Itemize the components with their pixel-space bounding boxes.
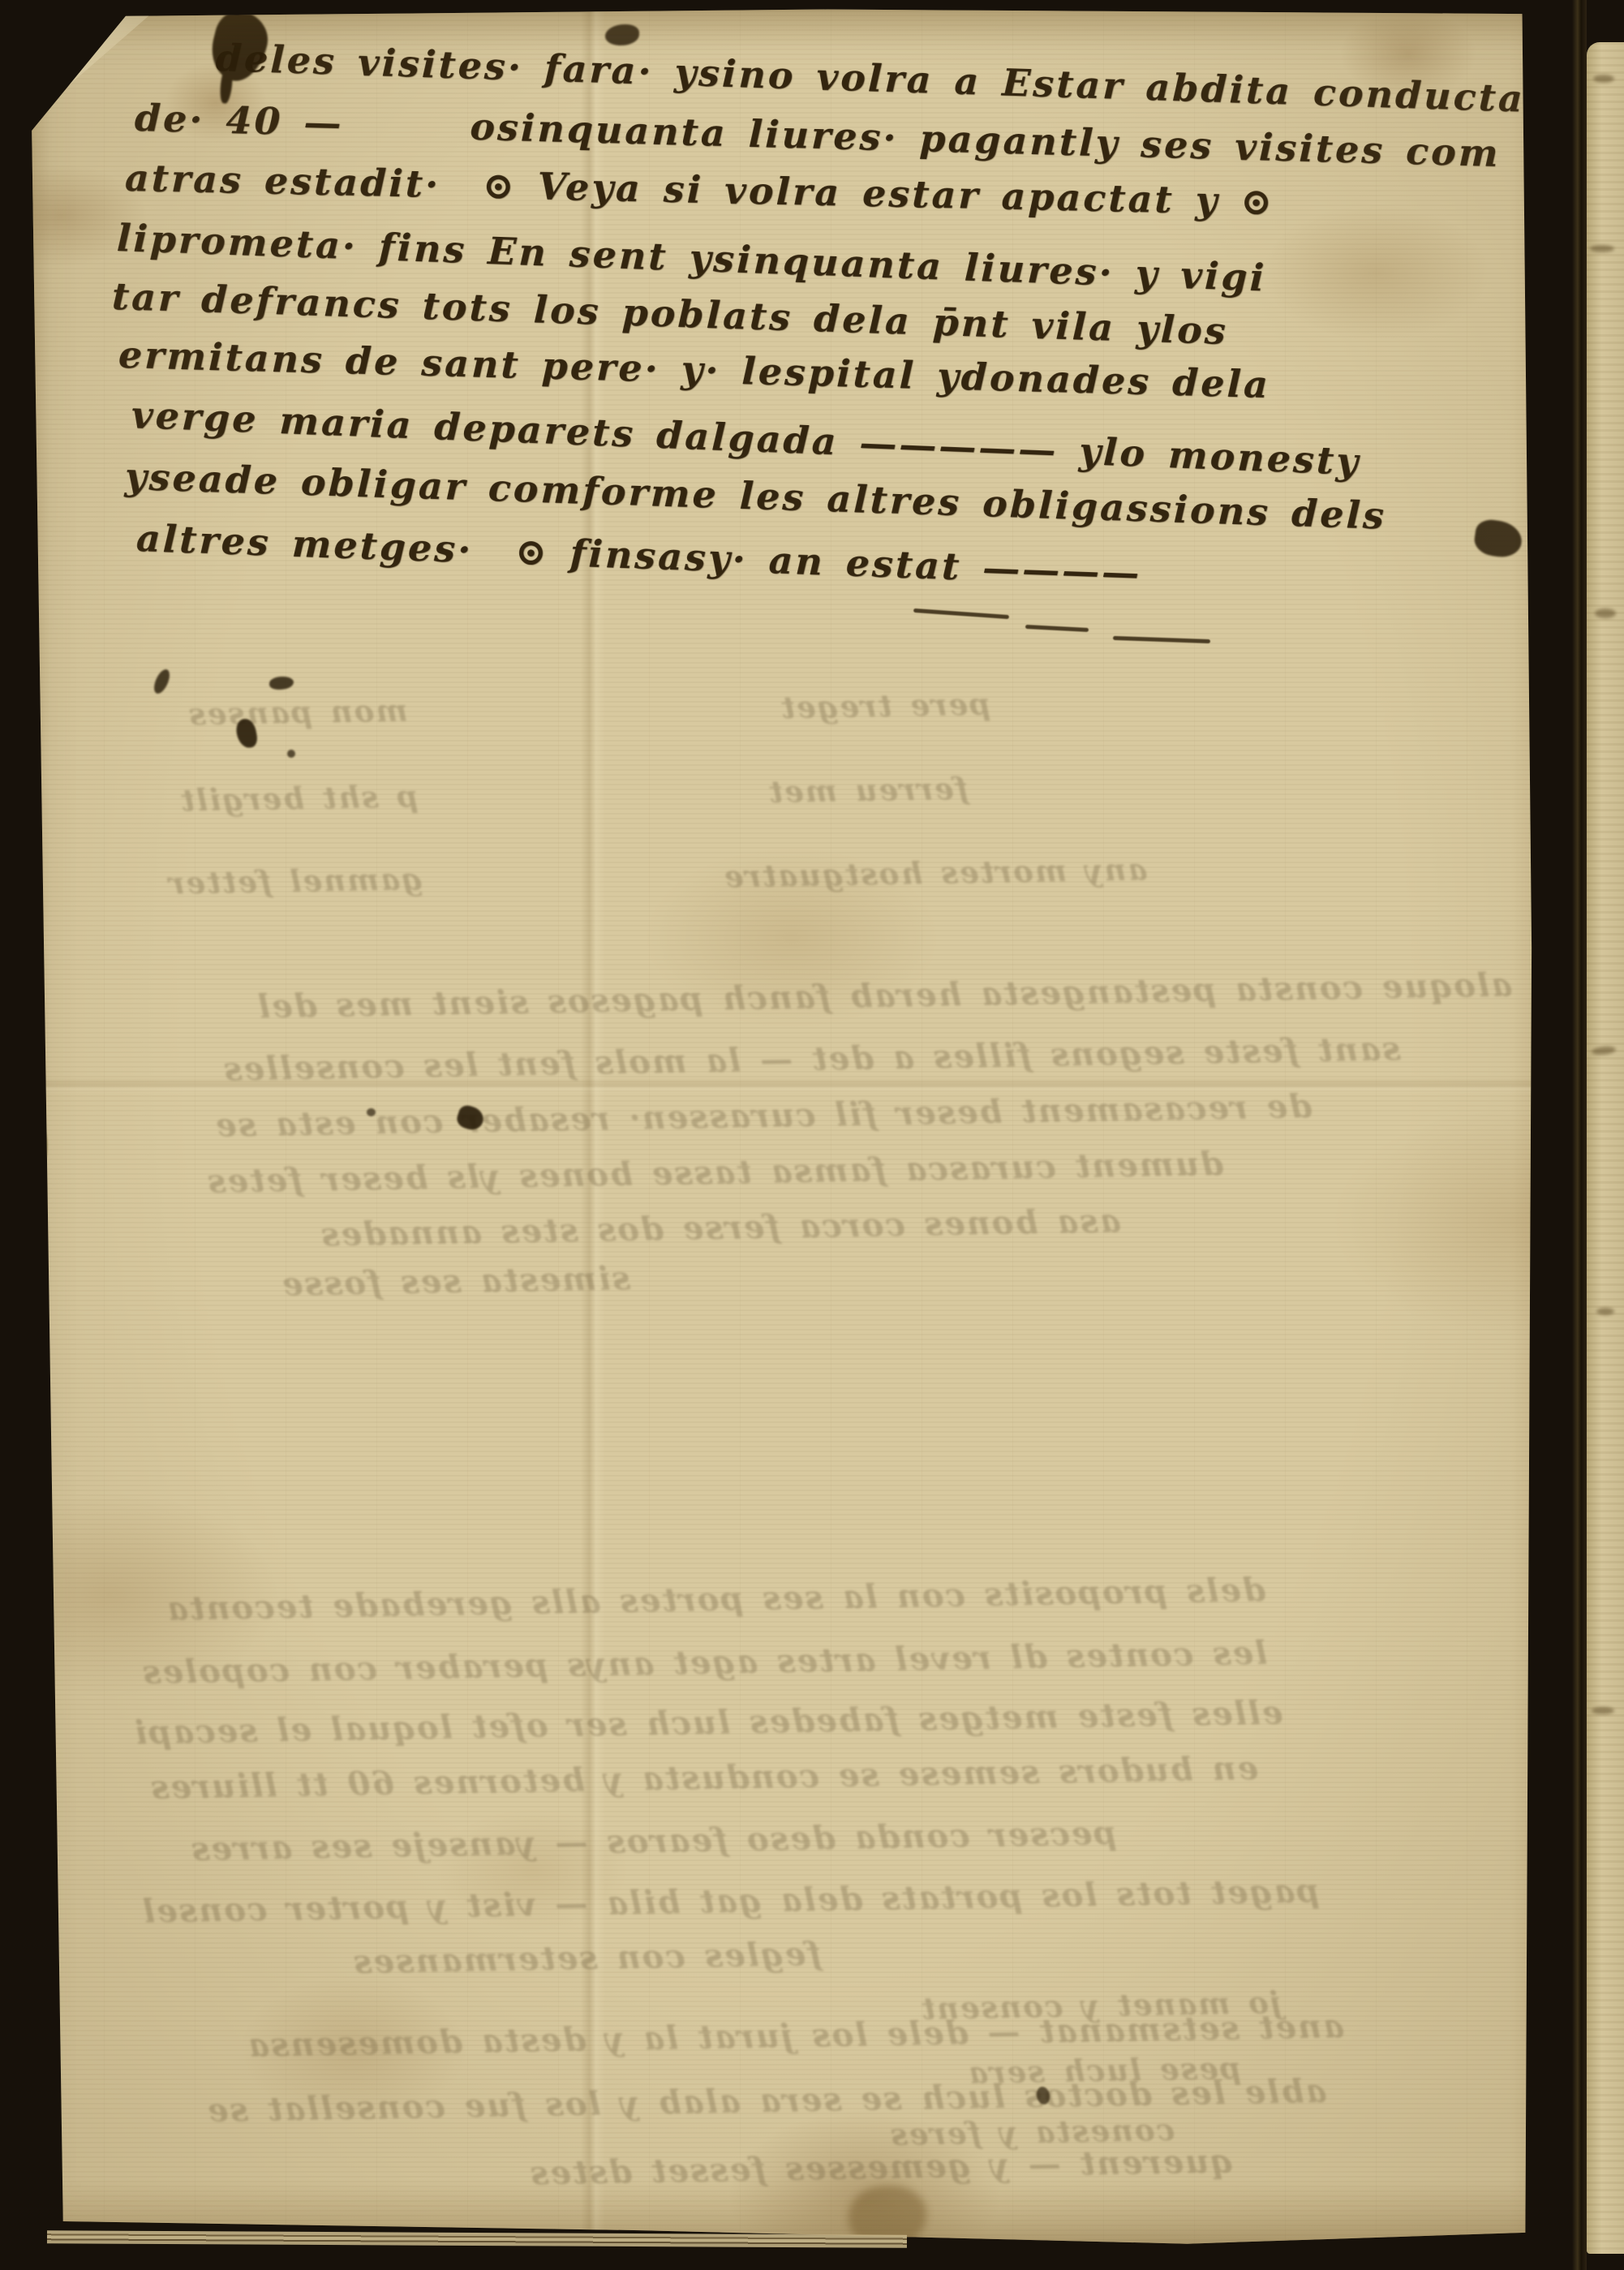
show-through-mark [1592, 1707, 1614, 1714]
bleedthrough-line: querent — y gemesses fesset dstes [529, 2145, 1234, 2190]
photograph-background: 44 mon panses pere treget p sht bergilt … [0, 0, 1624, 2270]
bleedthrough-line: aloque consta pestangesta herab fanch pa… [256, 969, 1513, 1023]
bleedthrough-line: pese luch sera [967, 2053, 1241, 2088]
bleedthrough-line: p sht bergilt [179, 781, 419, 815]
show-through-mark [1595, 608, 1616, 618]
bleedthrough-line: en budors semese se condusta y betornes … [149, 1752, 1259, 1804]
fore-edge-strip [1587, 42, 1624, 2254]
bleedthrough-line: paget tots los portats dela gat bila — v… [141, 1875, 1320, 1928]
bleedthrough-line: simesta ses fosse [281, 1262, 631, 1301]
bleedthrough-line: pere treget [780, 690, 991, 724]
bleedthrough-line: conesta y feres [889, 2115, 1175, 2150]
ink-blot [287, 750, 295, 758]
ink-blot [605, 24, 639, 45]
pen-flourish [913, 608, 1009, 619]
bleedthrough-line: fegles con setermanses [352, 1938, 822, 1979]
bleedthrough-line: dument curasca famsa tasse bones yls bes… [206, 1148, 1224, 1198]
ink-blot [19, 1122, 50, 1178]
folio-number: 44 [49, 13, 87, 40]
binding-gutter [1572, 0, 1587, 2270]
bleedthrough-line: elles feste metges fabedes luch ser ofet… [133, 1697, 1283, 1750]
show-through-mark [1596, 1308, 1614, 1315]
bleedthrough-line: mon panses [187, 696, 408, 730]
show-through-mark [1590, 245, 1614, 252]
ink-blot [367, 1108, 376, 1116]
bleedthrough-line: gamnel fetter [167, 864, 423, 898]
bleedthrough-line: sant feste segons filles a det — la mols… [222, 1033, 1401, 1086]
ink-blot [151, 667, 173, 695]
bleedthrough-line: les contes dl revel artes aget anys pera… [141, 1637, 1268, 1689]
bleedthrough-line: asa bones corca ferse dos stes annades [320, 1205, 1121, 1251]
pen-flourish [1025, 625, 1089, 632]
show-through-mark [1593, 75, 1614, 83]
ink-blot [1472, 518, 1524, 560]
manuscript-page: 44 mon panses pere treget p sht bergilt … [13, 5, 1579, 2251]
pen-flourish [1113, 636, 1210, 643]
manuscript-line: altres metges· ⊙ finsasy· an estat ———— [135, 518, 1142, 594]
bleedthrough-line: jo manet y consent [920, 1988, 1282, 2024]
bleedthrough-line: dels proposits con la ses portes alls ge… [165, 1574, 1266, 1626]
ink-blot [269, 677, 294, 690]
bleedthrough-line: any mortes hostguatre [723, 854, 1148, 892]
show-through-mark [1592, 1045, 1617, 1055]
bleedthrough-line: ferreu met [767, 774, 969, 807]
bleedthrough-line: de recasament beser fil curassen· resabe… [214, 1090, 1313, 1142]
manuscript-line: atras estadit· ⊙ Veya si volra estar apa… [124, 157, 1274, 222]
bleedthrough-line: pecser conda deso fearos — yanseje ses a… [190, 1817, 1117, 1866]
